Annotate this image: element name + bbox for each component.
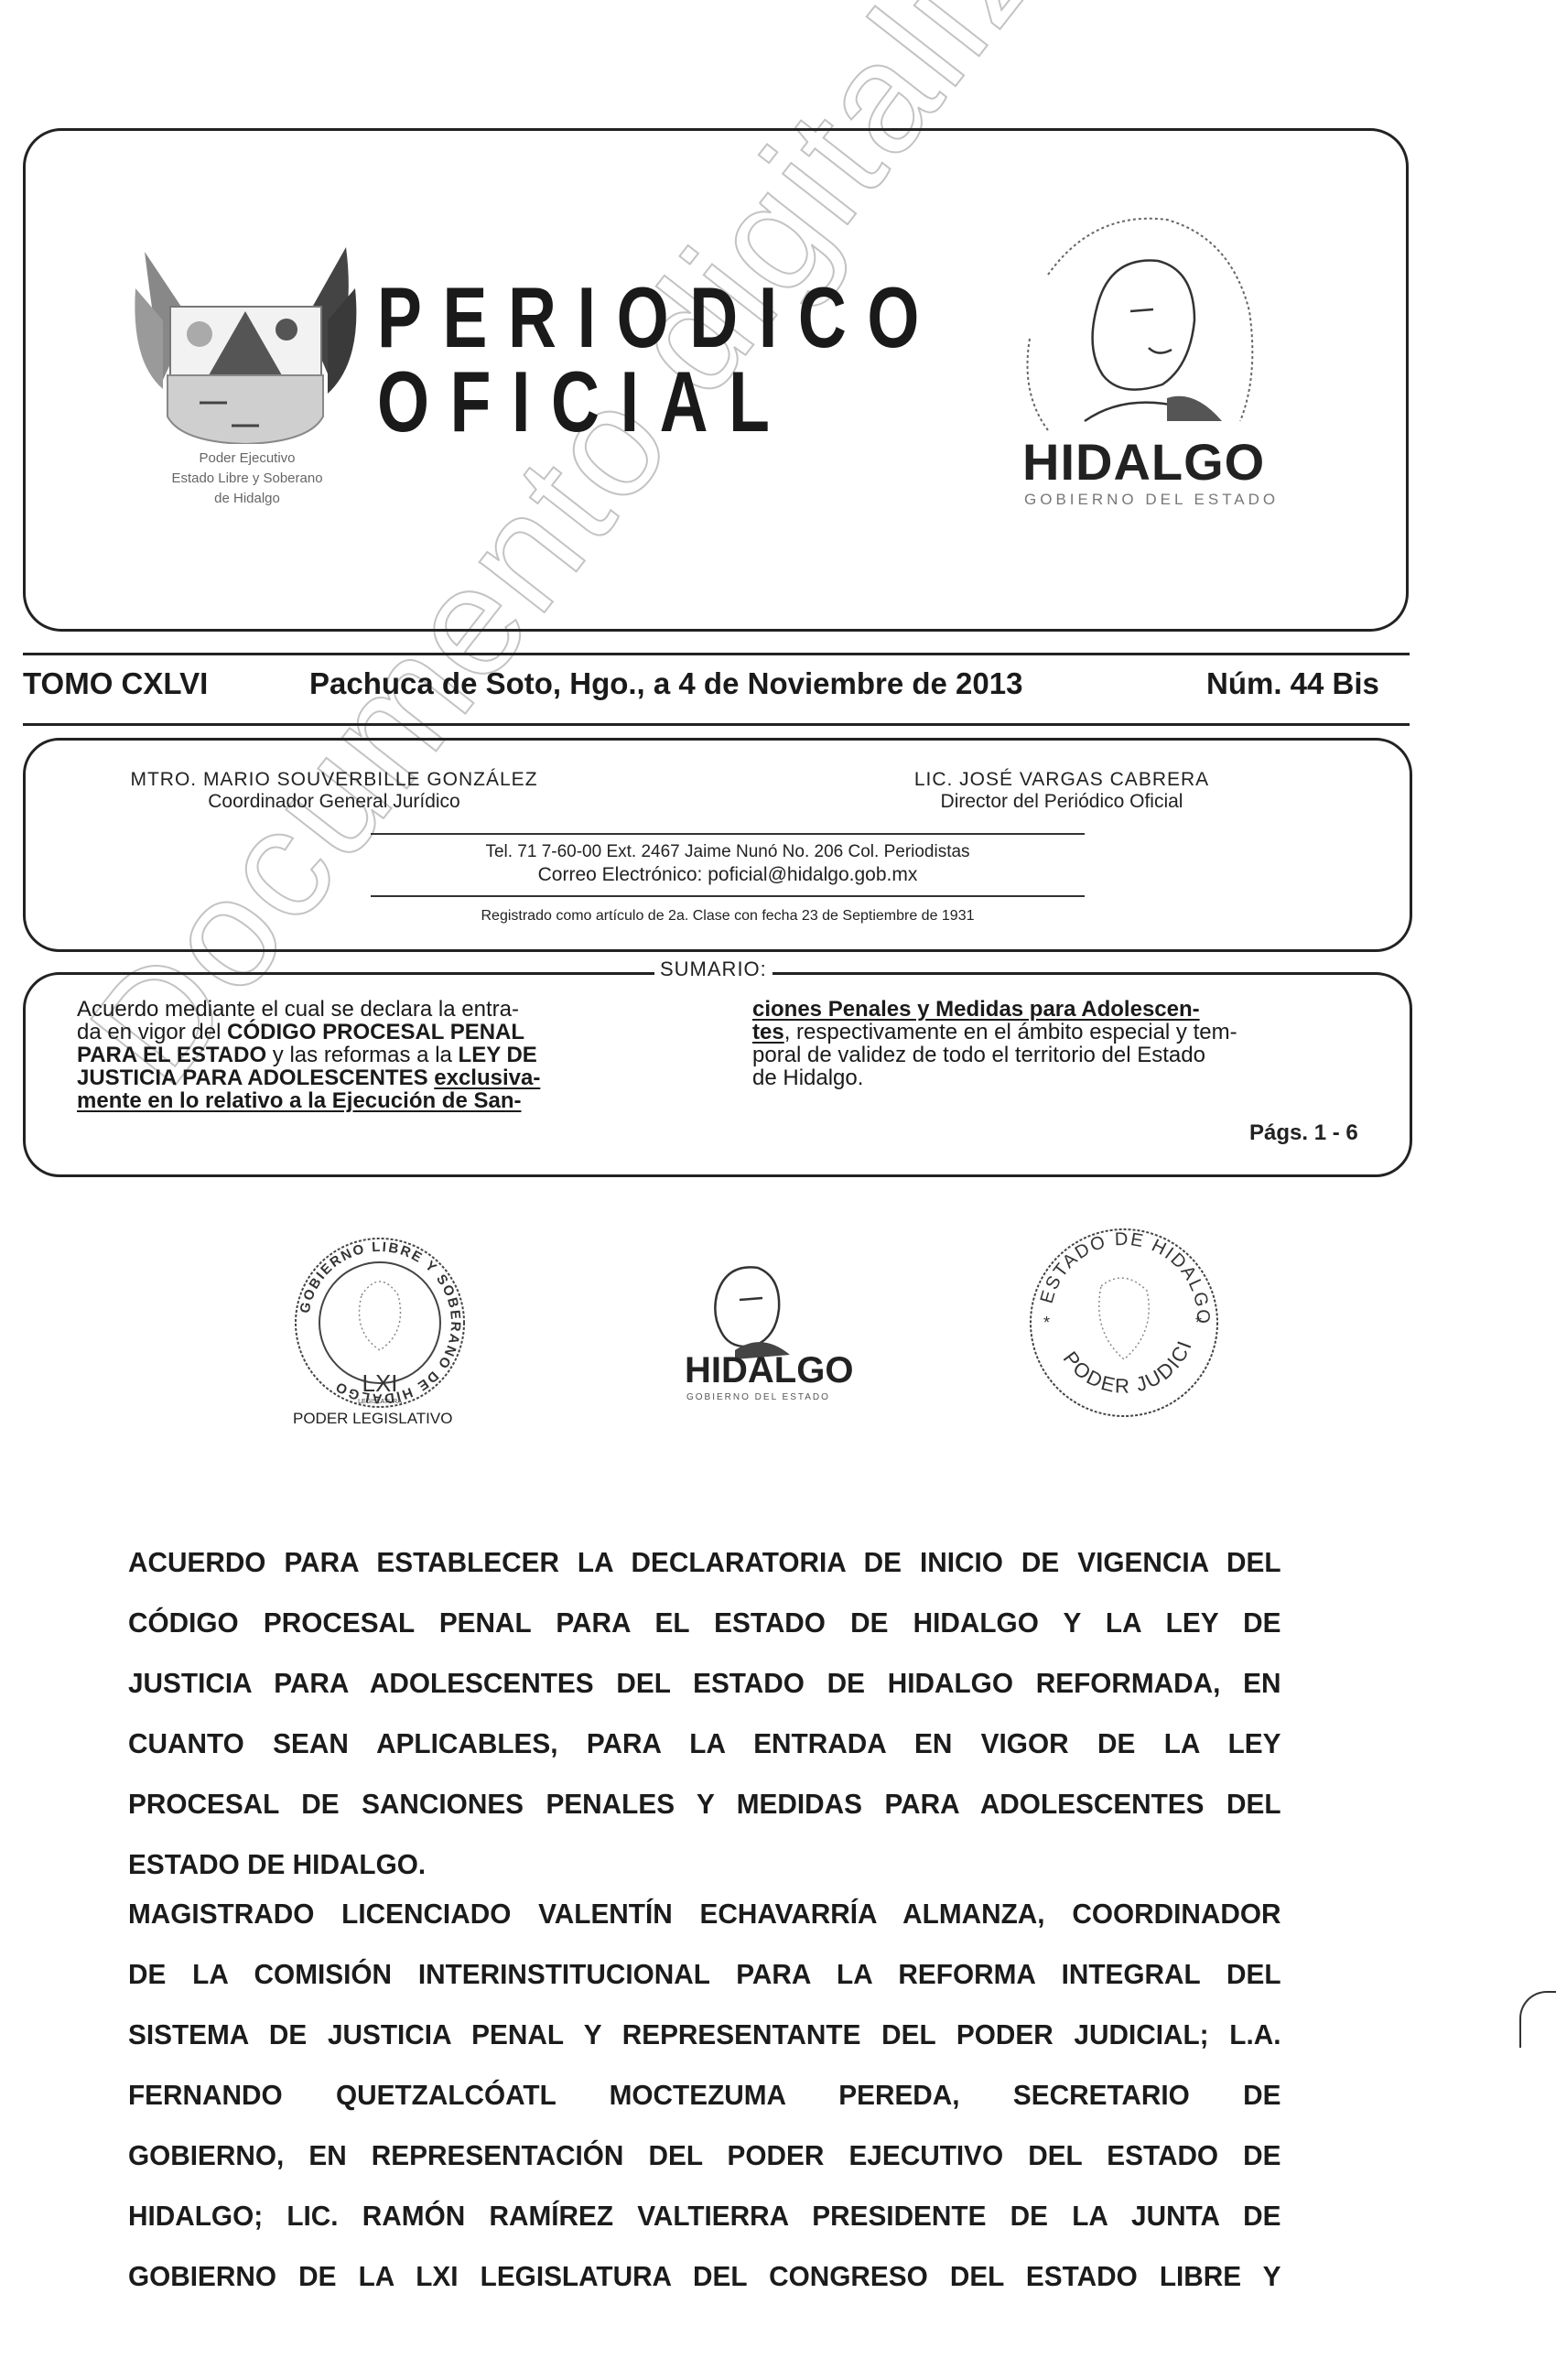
poder-legislativo-caption: PODER LEGISLATIVO xyxy=(293,1410,452,1428)
document-line: CÓDIGO PROCESAL PENAL PARA EL ESTADO DE … xyxy=(128,1593,1281,1653)
crest-caption-line1: Poder Ejecutivo xyxy=(110,449,384,469)
svg-text:LXI: LXI xyxy=(362,1369,397,1397)
summary-label: SUMARIO: xyxy=(654,957,773,981)
document-line: ACUERDO PARA ESTABLECER LA DECLARATORIA … xyxy=(128,1532,1281,1593)
summary-pages[interactable]: Págs. 1 - 6 xyxy=(1249,1120,1358,1146)
summary-text-underlined: tes xyxy=(752,1020,784,1044)
document-title: ACUERDO PARA ESTABLECER LA DECLARATORIA … xyxy=(128,1532,1329,1895)
document-line: MAGISTRADO LICENCIADO VALENTÍN ECHAVARRÍ… xyxy=(128,1884,1281,1944)
document-line: FERNANDO QUETZALCÓATL MOCTEZUMA PEREDA, … xyxy=(128,2065,1281,2126)
document-body: MAGISTRADO LICENCIADO VALENTÍN ECHAVARRÍ… xyxy=(128,1884,1329,2307)
document-line: GOBIERNO DE LA LXI LEGISLATURA DEL CONGR… xyxy=(128,2246,1281,2307)
tomo-label: TOMO CXLVI xyxy=(23,666,208,712)
summary-text: , respectivamente en el ámbito especial … xyxy=(784,1020,1237,1044)
poder-judicial-seal-icon: ESTADO DE HIDALGO PODER JUDICIAL * * xyxy=(1023,1213,1225,1423)
hidalgo-subtitle: GOBIERNO DEL ESTADO xyxy=(1024,491,1279,509)
svg-text:*: * xyxy=(1195,1314,1202,1332)
summary-text-bold: PARA EL ESTADO xyxy=(77,1043,266,1067)
summary-text-underlined: ciones Penales y Medidas para Adolescen- xyxy=(752,998,1237,1021)
document-line: JUSTICIA PARA ADOLESCENTES DEL ESTADO DE… xyxy=(128,1653,1281,1714)
poder-ejecutivo-crest-icon xyxy=(126,233,364,444)
hidalgo-subtitle: GOBIERNO DEL ESTADO xyxy=(686,1392,830,1402)
email-line: Correo Electrónico: poficial@hidalgo.gob… xyxy=(371,864,1085,886)
scan-edge-mark xyxy=(1519,1991,1556,2048)
hidalgo-portrait-icon xyxy=(689,1259,799,1359)
director-role: Director del Periódico Oficial xyxy=(824,791,1300,813)
summary-left-column: Acuerdo mediante el cual se declara la e… xyxy=(77,998,540,1112)
hidalgo-government-logo: HIDALGO GOBIERNO DEL ESTADO xyxy=(1011,192,1286,540)
crest-caption-line2: Estado Libre y Soberano xyxy=(110,469,384,489)
svg-text:ESTADO DE HIDALGO: ESTADO DE HIDALGO xyxy=(1037,1229,1213,1325)
contact-line: Tel. 71 7-60-00 Ext. 2467 Jaime Nunó No.… xyxy=(371,842,1085,862)
info-divider-2 xyxy=(371,895,1085,897)
poder-legislativo-seal-icon: GOBIERNO LIBRE Y SOBERANO DE HIDALGO LXI… xyxy=(288,1231,471,1414)
summary-text-bold: JUSTICIA PARA ADOLESCENTES xyxy=(77,1066,428,1090)
issue-bar-bottom-rule xyxy=(23,723,1410,726)
issue-number: Núm. 44 Bis xyxy=(1206,666,1379,712)
svg-text:LEGISLATURA: LEGISLATURA xyxy=(358,1399,402,1405)
document-line: CUANTO SEAN APLICABLES, PARA LA ENTRADA … xyxy=(128,1714,1281,1774)
director-name: LIC. JOSÉ VARGAS CABRERA xyxy=(824,769,1300,791)
hidalgo-portrait-icon xyxy=(1011,192,1286,439)
masthead-title-line2: OFICIAL xyxy=(377,359,791,445)
issue-place-date: Pachuca de Soto, Hgo., a 4 de Noviembre … xyxy=(309,666,1022,712)
document-line: HIDALGO; LIC. RAMÓN RAMÍREZ VALTIERRA PR… xyxy=(128,2186,1281,2246)
hidalgo-government-seal: HIDALGO GOBIERNO DEL ESTADO xyxy=(675,1259,859,1414)
summary-text: y las reformas a la xyxy=(266,1043,458,1067)
crest-caption-line3: de Hidalgo xyxy=(110,489,384,509)
svg-text:*: * xyxy=(1043,1314,1050,1332)
coordinator-name: MTRO. MARIO SOUVERBILLE GONZÁLEZ xyxy=(92,769,577,791)
hidalgo-wordmark: HIDALGO xyxy=(1022,432,1265,492)
summary-text-bold: LEY DE xyxy=(459,1043,537,1067)
summary-text-underlined: exclusiva- xyxy=(434,1066,540,1090)
document-line: PROCESAL DE SANCIONES PENALES Y MEDIDAS … xyxy=(128,1774,1281,1834)
document-line: SISTEMA DE JUSTICIA PENAL Y REPRESENTANT… xyxy=(128,2005,1281,2065)
summary-text-bold: CÓDIGO PROCESAL PENAL xyxy=(227,1020,524,1044)
summary-text: poral de validez de todo el territorio d… xyxy=(752,1044,1237,1066)
summary-text: de Hidalgo. xyxy=(752,1066,1237,1089)
summary-text-underlined: mente en lo relativo a la Ejecución de S… xyxy=(77,1089,540,1112)
document-line: DE LA COMISIÓN INTERINSTITUCIONAL PARA L… xyxy=(128,1944,1281,2005)
masthead-title-line1: PERIODICO xyxy=(377,275,940,361)
hidalgo-wordmark: HIDALGO xyxy=(685,1350,853,1391)
summary-right-column: ciones Penales y Medidas para Adolescen-… xyxy=(752,998,1237,1089)
registration-line: Registrado como artículo de 2a. Clase co… xyxy=(371,908,1085,925)
issue-bar-top-rule xyxy=(23,653,1410,655)
document-line: GOBIERNO, EN REPRESENTACIÓN DEL PODER EJ… xyxy=(128,2126,1281,2186)
coordinator-role: Coordinador General Jurídico xyxy=(92,791,577,813)
summary-text: Acuerdo mediante el cual se declara la e… xyxy=(77,998,540,1021)
info-divider-1 xyxy=(371,833,1085,835)
summary-text: da en vigor del xyxy=(77,1020,227,1044)
